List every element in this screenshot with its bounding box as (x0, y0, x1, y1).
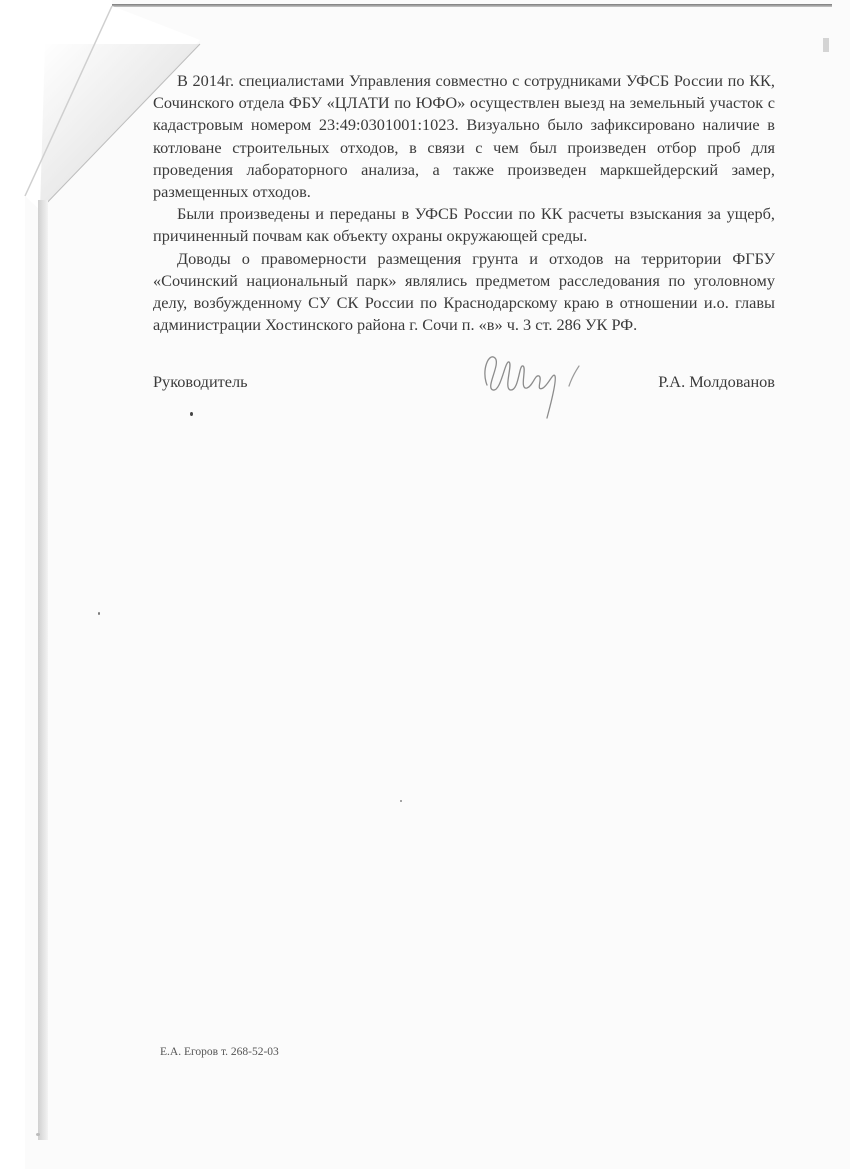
scan-speck (36, 1133, 40, 1136)
scan-speck (98, 612, 100, 615)
scan-edge-mark (823, 38, 829, 52)
executor-contact: Е.А. Егоров т. 268-52-03 (160, 1046, 279, 1058)
signature-block: Руководитель Р.А. Молдованов (153, 370, 775, 410)
paragraph-criminal-case: Доводы о правомерности размещения грунта… (153, 248, 775, 337)
signatory-name: Р.А. Молдованов (658, 372, 775, 392)
paragraph-damage-calculation: Были произведены и переданы в УФСБ Росси… (153, 203, 775, 247)
paragraph-inspection: В 2014г. специалистами Управления совмес… (153, 70, 775, 203)
signatory-title: Руководитель (153, 372, 248, 392)
scan-speck (400, 800, 402, 802)
handwritten-signature-icon (475, 340, 605, 420)
page-top-edge-shadow (112, 4, 832, 7)
scan-speck (190, 412, 193, 416)
document-body: В 2014г. специалистами Управления совмес… (153, 70, 775, 336)
